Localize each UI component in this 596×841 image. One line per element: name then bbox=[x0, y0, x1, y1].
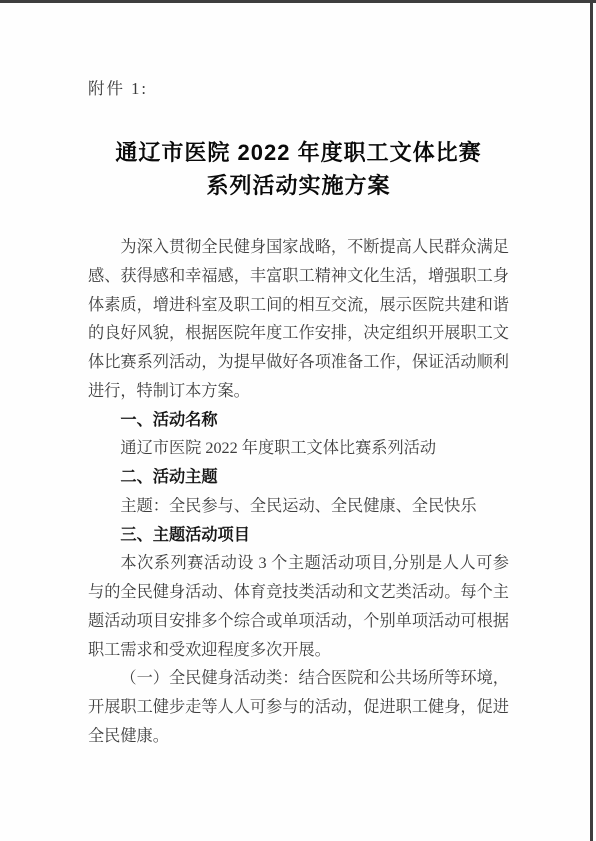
scan-edge-top bbox=[0, 0, 596, 3]
section-3-line: 与的全民健身活动、体育竞技类活动和文艺类活动。每个主 bbox=[88, 578, 509, 607]
section-3-heading: 三、主题活动项目 bbox=[88, 521, 509, 550]
section-1-text: 通辽市医院 2022 年度职工文体比赛系列活动 bbox=[88, 434, 509, 463]
intro-line: 为深入贯彻全民健身国家战略，不断提高人民群众满足 bbox=[88, 233, 509, 262]
section-1-heading: 一、活动名称 bbox=[88, 406, 509, 435]
intro-line: 感、获得感和幸福感，丰富职工精神文化生活，增强职工身 bbox=[88, 262, 509, 291]
document-body: 为深入贯彻全民健身国家战略，不断提高人民群众满足 感、获得感和幸福感，丰富职工精… bbox=[88, 233, 509, 751]
attachment-label: 附件 1: bbox=[88, 80, 509, 98]
intro-line: 体比赛系列活动，为提早做好各项准备工作，保证活动顺利 bbox=[88, 348, 509, 377]
title-line-1: 通辽市医院 2022 年度职工文体比赛 bbox=[88, 136, 509, 169]
section-2-heading: 二、活动主题 bbox=[88, 463, 509, 492]
document-page: 附件 1: 通辽市医院 2022 年度职工文体比赛 系列活动实施方案 为深入贯彻… bbox=[0, 0, 596, 841]
document-title: 通辽市医院 2022 年度职工文体比赛 系列活动实施方案 bbox=[88, 136, 509, 202]
section-3-line: 本次系列赛活动设 3 个主题活动项目,分别是人人可参 bbox=[88, 549, 509, 578]
intro-line: 进行，特制订本方案。 bbox=[88, 377, 509, 406]
section-3-line: 题活动项目安排多个综合或单项活动，个别单项活动可根据 bbox=[88, 607, 509, 636]
title-line-2: 系列活动实施方案 bbox=[88, 169, 509, 202]
section-3-item1-line: 全民健康。 bbox=[88, 722, 509, 751]
section-3-item1-line: （一）全民健身活动类：结合医院和公共场所等环境， bbox=[88, 664, 509, 693]
section-3-line: 职工需求和受欢迎程度多次开展。 bbox=[88, 636, 509, 665]
scan-edge-right bbox=[590, 3, 593, 841]
section-2-text: 主题：全民参与、全民运动、全民健康、全民快乐 bbox=[88, 492, 509, 521]
document-content: 附件 1: 通辽市医院 2022 年度职工文体比赛 系列活动实施方案 为深入贯彻… bbox=[88, 80, 509, 751]
intro-line: 体素质，增进科室及职工间的相互交流，展示医院共建和谐 bbox=[88, 291, 509, 320]
section-3-item1-line: 开展职工健步走等人人可参与的活动，促进职工健身，促进 bbox=[88, 693, 509, 722]
intro-line: 的良好风貌，根据医院年度工作安排，决定组织开展职工文 bbox=[88, 319, 509, 348]
